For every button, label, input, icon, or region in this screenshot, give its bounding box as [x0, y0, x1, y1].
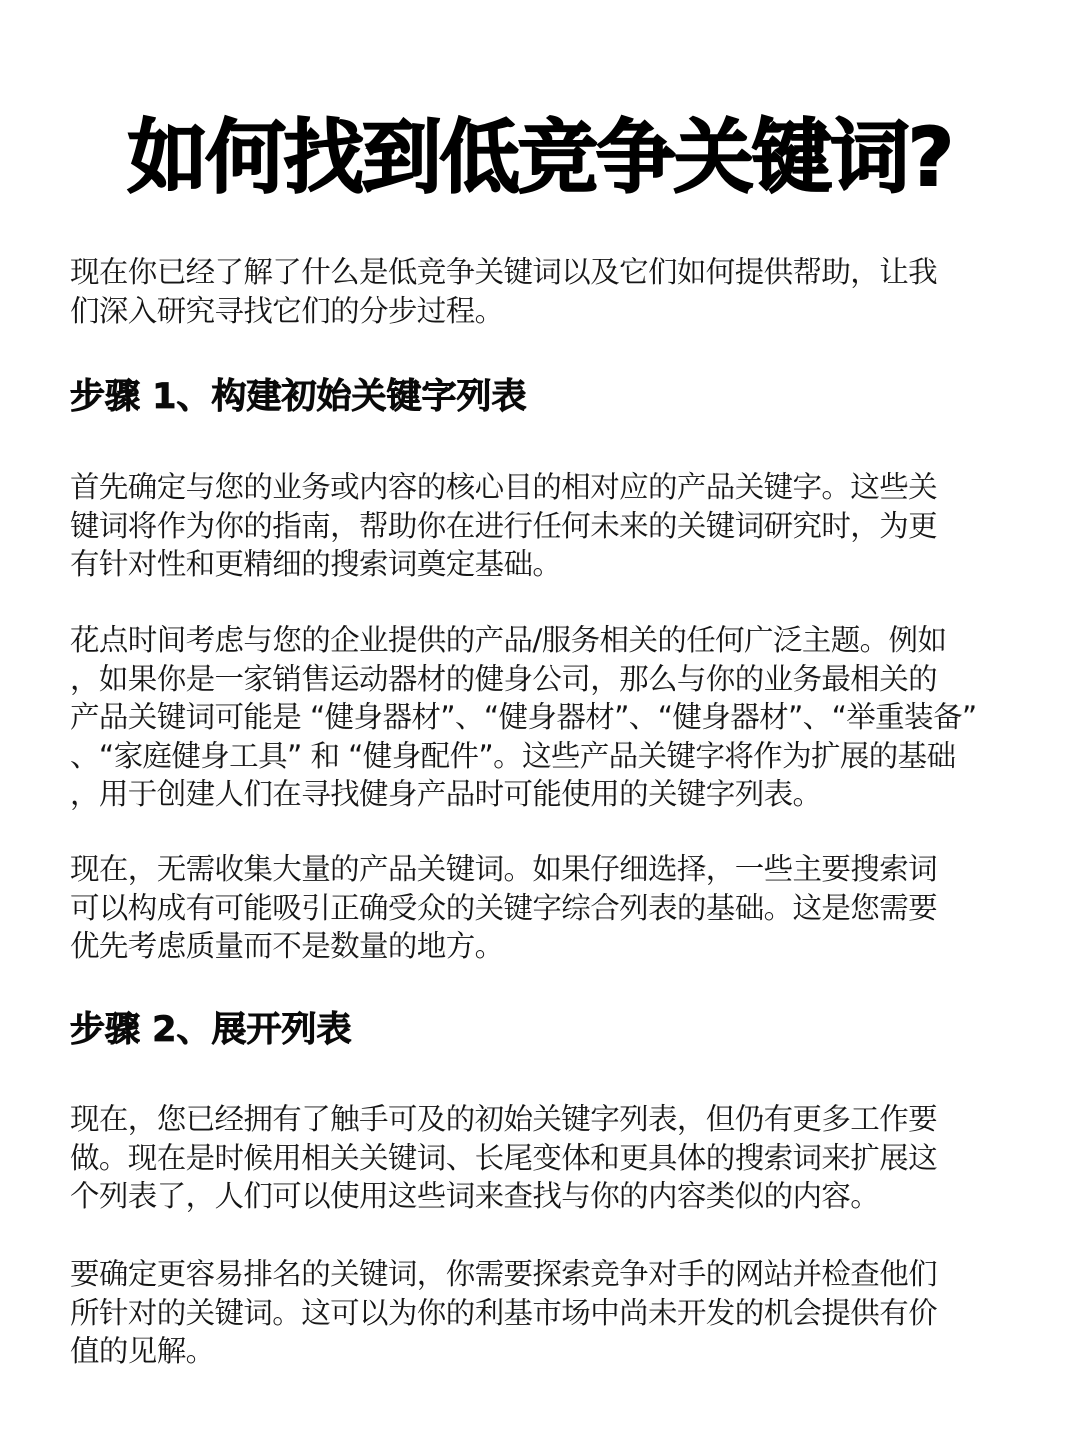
- text-line: ，用于创建人们在寻找健身产品时可能使用的关键字列表。: [70, 775, 1010, 814]
- text-line: 所针对的关键词。这可以为你的利基市场中尚未开发的机会提供有价: [70, 1294, 1010, 1333]
- step-1-heading: 步骤 1、构建初始关键字列表: [70, 373, 1010, 421]
- text-line: 优先考虑质量而不是数量的地方。: [70, 927, 1010, 966]
- text-line: 键词将作为你的指南，帮助你在进行任何未来的关键词研究时，为更: [70, 507, 1010, 546]
- text-line: 花点时间考虑与您的企业提供的产品/服务相关的任何广泛主题。例如: [70, 621, 1010, 660]
- step-2-heading: 步骤 2、展开列表: [70, 1006, 1010, 1054]
- step-1-paragraph-2: 花点时间考虑与您的企业提供的产品/服务相关的任何广泛主题。例如 ，如果你是一家销…: [70, 621, 1010, 814]
- text-line: 们深入研究寻找它们的分步过程。: [70, 292, 1010, 331]
- text-line: 现在，您已经拥有了触手可及的初始关键字列表，但仍有更多工作要: [70, 1100, 1010, 1139]
- text-line: 有针对性和更精细的搜索词奠定基础。: [70, 545, 1010, 584]
- text-line: 、“家庭健身工具” 和 “健身配件”。这些产品关键字将作为扩展的基础: [70, 737, 1010, 776]
- step-2-paragraph-2: 要确定更容易排名的关键词，你需要探索竞争对手的网站并检查他们 所针对的关键词。这…: [70, 1255, 1010, 1371]
- text-line: 做。现在是时候用相关关键词、长尾变体和更具体的搜索词来扩展这: [70, 1139, 1010, 1178]
- text-line: 可以构成有可能吸引正确受众的关键字综合列表的基础。这是您需要: [70, 889, 1010, 928]
- text-line: 现在你已经了解了什么是低竞争关键词以及它们如何提供帮助，让我: [70, 253, 1010, 292]
- text-line: 个列表了，人们可以使用这些词来查找与你的内容类似的内容。: [70, 1177, 1010, 1216]
- step-1-paragraph-3: 现在，无需收集大量的产品关键词。如果仔细选择，一些主要搜索词 可以构成有可能吸引…: [70, 850, 1010, 966]
- text-line: 首先确定与您的业务或内容的核心目的相对应的产品关键字。这些关: [70, 468, 1010, 507]
- text-line: ，如果你是一家销售运动器材的健身公司，那么与你的业务最相关的: [70, 660, 1010, 699]
- page-title: 如何找到低竞争关键词?: [0, 108, 1080, 208]
- text-line: 产品关键词可能是 “健身器材”、“健身器材”、“健身器材”、“举重装备”: [70, 698, 1010, 737]
- text-line: 现在，无需收集大量的产品关键词。如果仔细选择，一些主要搜索词: [70, 850, 1010, 889]
- step-1-paragraph-1: 首先确定与您的业务或内容的核心目的相对应的产品关键字。这些关 键词将作为你的指南…: [70, 468, 1010, 584]
- step-2-paragraph-1: 现在，您已经拥有了触手可及的初始关键字列表，但仍有更多工作要 做。现在是时候用相…: [70, 1100, 1010, 1216]
- article-page: 如何找到低竞争关键词? 现在你已经了解了什么是低竞争关键词以及它们如何提供帮助，…: [0, 0, 1080, 1443]
- text-line: 要确定更容易排名的关键词，你需要探索竞争对手的网站并检查他们: [70, 1255, 1010, 1294]
- text-line: 值的见解。: [70, 1332, 1010, 1371]
- intro-paragraph: 现在你已经了解了什么是低竞争关键词以及它们如何提供帮助，让我 们深入研究寻找它们…: [70, 253, 1010, 330]
